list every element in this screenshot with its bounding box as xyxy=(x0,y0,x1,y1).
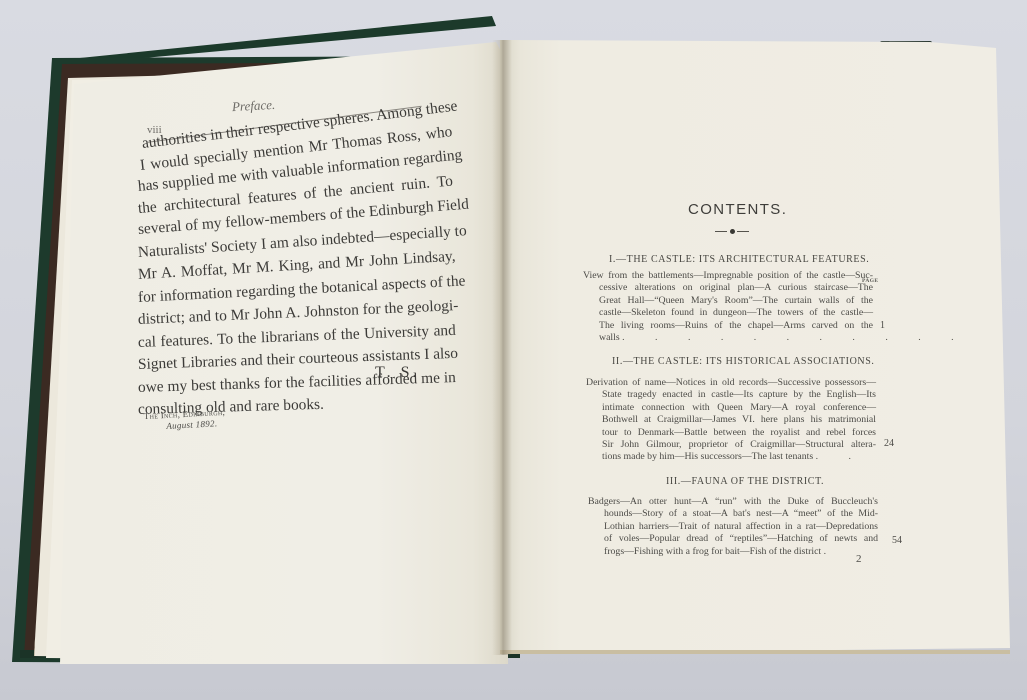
section-entry-1: View from the battlements—Impregnable po… xyxy=(583,270,873,344)
ornament-dot-icon xyxy=(730,229,735,234)
entry-line: intimate connection with Queen Mary—A ro… xyxy=(586,402,876,414)
author-initials: T. S. xyxy=(375,364,419,382)
section-heading-1: I.—THE CASTLE: ITS ARCHITECTURAL FEATURE… xyxy=(609,254,869,265)
entry-line: cessive alterations on original plan—A c… xyxy=(583,282,873,294)
section-entry-2: Derivation of name—Notices in old record… xyxy=(586,377,876,464)
entry-line: The living rooms—Ruins of the chapel—Arm… xyxy=(583,320,873,332)
entry-line: Badgers—An otter hunt—A “run” with the D… xyxy=(588,496,878,508)
entry-line: castle—Skeleton found in dungeon—The tow… xyxy=(583,307,873,319)
dateline: The Inch, Edinburgh, August 1892. xyxy=(144,407,226,432)
section-entry-3: Badgers—An otter hunt—A “run” with the D… xyxy=(588,496,878,558)
entry-line: hounds—Story of a stoat—A bat's nest—A “… xyxy=(588,508,878,520)
dot-leader: . . xyxy=(816,451,865,462)
entry-line: Bothwell at Craigmillar—James VI. here p… xyxy=(586,414,876,426)
ornament-line-left xyxy=(715,231,727,232)
running-head: Preface. xyxy=(232,97,276,115)
entry-line: Lothian harriers—Trait of natural affect… xyxy=(588,521,878,533)
right-page xyxy=(500,40,1010,654)
entry-line: of voles—Popular dread of “reptiles”—Hat… xyxy=(588,533,878,545)
dot-leader: . xyxy=(824,546,840,557)
entry-line: tour to Denmark—Battle between the royal… xyxy=(586,427,876,439)
entry-line-text: tions made by him—His successors—The las… xyxy=(602,451,813,462)
entry-line: View from the battlements—Impregnable po… xyxy=(583,270,873,282)
signature-mark: 2 xyxy=(856,553,862,565)
book-photo: Preface. viii authorities in their respe… xyxy=(0,0,1027,700)
right-page-edge xyxy=(500,650,1010,654)
section-page-number-1: 1 xyxy=(880,320,885,331)
preface-body: authorities in their respective spheres.… xyxy=(138,124,458,430)
entry-line: frogs—Fishing with a frog for bait—Fish … xyxy=(588,546,878,558)
entry-line: Great Hall—“Queen Mary's Room”—The curta… xyxy=(583,295,873,307)
entry-line: Sir John Gilmour, proprietor of Craigmil… xyxy=(586,439,876,451)
entry-line: tions made by him—His successors—The las… xyxy=(586,451,876,463)
section-page-number-3: 54 xyxy=(892,535,902,546)
ornament-line-right xyxy=(737,231,749,232)
entry-line-text: frogs—Fishing with a frog for bait—Fish … xyxy=(604,546,821,557)
entry-line-text: walls xyxy=(599,332,620,343)
dot-leader: . . . . . . . . . . . xyxy=(622,332,967,343)
entry-line: State tragedy enacted in castle—Its capt… xyxy=(586,389,876,401)
spine-gutter xyxy=(492,40,512,655)
section-heading-3: III.—FAUNA OF THE DISTRICT. xyxy=(666,476,824,487)
section-heading-2: II.—THE CASTLE: ITS HISTORICAL ASSOCIATI… xyxy=(612,356,875,367)
section-page-number-2: 24 xyxy=(884,438,894,449)
entry-line: Derivation of name—Notices in old record… xyxy=(586,377,876,389)
contents-title: CONTENTS. xyxy=(688,201,787,218)
ornament-rule-dot xyxy=(715,229,749,235)
entry-line: walls . . . . . . . . . . . xyxy=(583,332,873,344)
